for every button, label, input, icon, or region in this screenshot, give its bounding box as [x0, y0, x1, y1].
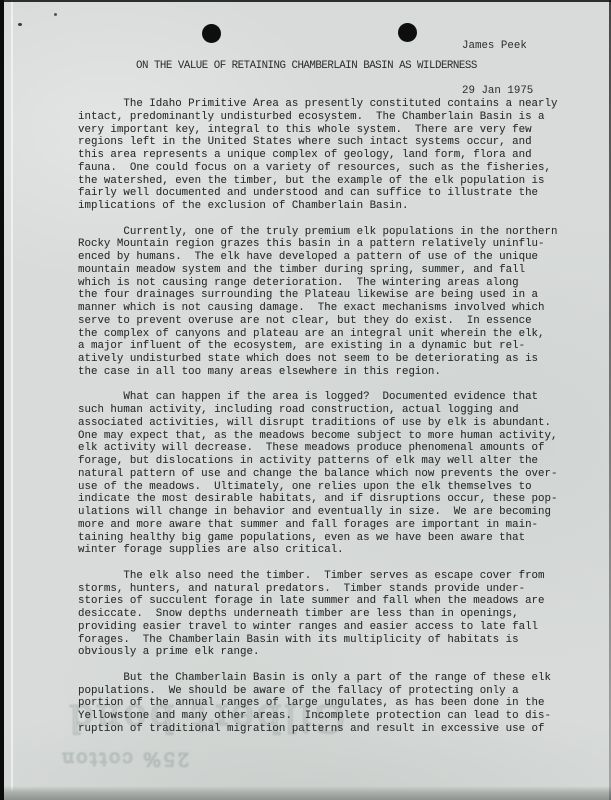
paper-crease	[11, 0, 13, 800]
registration-dot-right	[398, 23, 417, 42]
scan-edge-bottom	[0, 786, 611, 800]
document-date: 29 Jan 1975	[462, 84, 533, 99]
registration-dot-left	[202, 24, 221, 43]
scan-edge-left	[0, 0, 4, 800]
scanned-page: James Peek 29 Jan 1975 ON THE VALUE OF R…	[0, 0, 611, 800]
author-name: James Peek	[462, 39, 533, 54]
paragraph-logging: What can happen if the area is logged? D…	[78, 391, 557, 557]
paragraph-intro: The Idaho Primitive Area as presently co…	[78, 98, 557, 213]
document-title: ON THE VALUE OF RETAINING CHAMBERLAIN BA…	[136, 60, 477, 72]
paragraph-elk-population: Currently, one of the truly premium elk …	[78, 226, 557, 379]
document-body: The Idaho Primitive Area as presently co…	[78, 98, 557, 736]
paper-watermark-cotton: 25% cotton	[60, 748, 189, 770]
ink-speck	[18, 23, 22, 26]
paragraph-range: But the Chamberlain Basin is only a part…	[78, 672, 557, 736]
paragraph-timber: The elk also need the timber. Timber ser…	[78, 570, 557, 659]
ink-speck	[54, 13, 57, 16]
scan-edge-top	[0, 0, 611, 2]
